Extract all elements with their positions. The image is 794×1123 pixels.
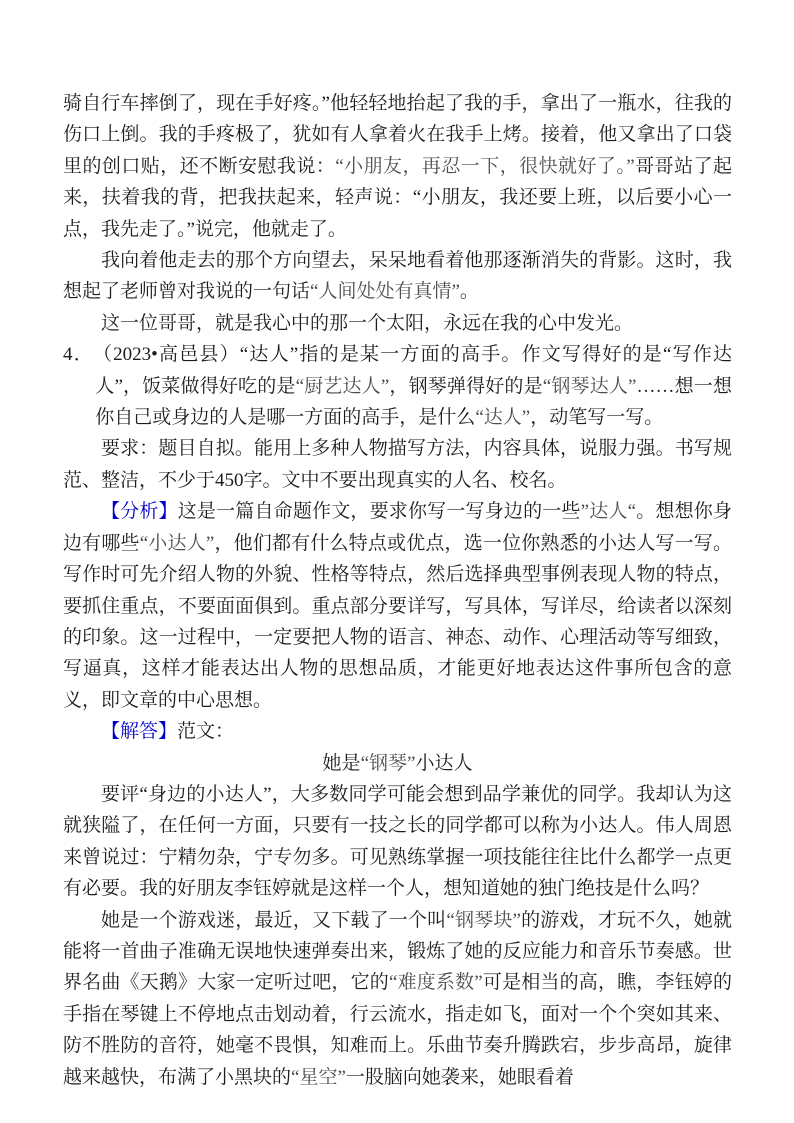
quoted-term: “厨艺达人” (296, 376, 390, 397)
quoted-term: “钢琴达人” (543, 376, 637, 397)
text-run: 一股脑向她袭来，她眼看着 (346, 1067, 574, 1088)
answer-paragraph: 【解答】范文： (63, 716, 732, 747)
essay-paragraph-1: 要评“身边的小达人”，大多数同学可能会想到品学兼优的同学。我却认为这就狭隘了，在… (63, 779, 732, 905)
text-run: 这是一篇自命题作文，要求你写一写身边的一些 (178, 501, 581, 522)
quoted-term: “星空” (291, 1067, 346, 1088)
quoted-term: “人间处处有真情” (310, 281, 460, 302)
question-item: 4．（2023•高邑县）“达人”指的是某一方面的高手。作文写得好的是“写作达人”… (63, 339, 732, 433)
analysis-text: 这是一篇自命题作文，要求你写一写身边的一些”达人“。想想你身边有哪些“小达人”，… (63, 501, 732, 710)
quoted-term: “难度系数” (389, 972, 483, 993)
story-paragraph-reflection: 我向着他走去的那个方向望去，呆呆地看着他那逐渐消失的背影。这时，我想起了老师曾对… (63, 245, 732, 308)
text-run: 小达人 (415, 753, 472, 774)
text-run: ，钢琴弹得好的是 (389, 376, 543, 397)
requirements-paragraph: 要求：题目自拟。能用上多种人物描写方法，内容具体，说服力强。书写规范、整洁，不少… (63, 433, 732, 496)
essay-title: 她是“钢琴”小达人 (63, 748, 732, 779)
question-number: 4． (63, 344, 102, 365)
quoted-term: “小达人” (140, 533, 215, 554)
text-run: 。 (460, 281, 479, 302)
story-paragraph-closing: 这一位哥哥，就是我心中的那一个太阳，永远在我的心中发光。 (63, 308, 732, 339)
analysis-paragraph: 【分析】这是一篇自命题作文，要求你写一写身边的一些”达人“。想想你身边有哪些“小… (63, 496, 732, 716)
quoted-term: “小朋友，再忍一下，很快就好了。” (335, 156, 635, 177)
answer-label: 【解答】 (101, 721, 177, 742)
text-run: 要评“身边的小达人”，大多数同学可能会想到品学兼优的同学。我却认为这就狭隘了，在… (63, 784, 732, 899)
analysis-label: 【分析】 (101, 501, 178, 522)
text-run: 要求：题目自拟。能用上多种人物描写方法，内容具体，说服力强。书写规范、整洁，不少… (63, 438, 732, 490)
quoted-term: “钢琴” (361, 753, 416, 774)
text-run: 这一位哥哥，就是我心中的那一个太阳，永远在我的心中发光。 (101, 313, 633, 334)
document-page: 骑自行车摔倒了，现在手好疼。”他轻轻地抬起了我的手，拿出了一瓶水，往我的伤口上倒… (0, 0, 794, 1123)
text-run: 她是 (323, 753, 361, 774)
story-paragraph-end: 骑自行车摔倒了，现在手好疼。”他轻轻地抬起了我的手，拿出了一瓶水，往我的伤口上倒… (63, 88, 732, 245)
text-run: 她是一个游戏迷，最近，又下载了一个叫 (101, 910, 446, 931)
essay-paragraph-2: 她是一个游戏迷，最近，又下载了一个叫“钢琴块”的游戏，才玩不久，她就能将一首曲子… (63, 905, 732, 1093)
text-run: ，动笔写一写。 (530, 407, 663, 428)
answer-text: 范文： (177, 721, 234, 742)
question-text: （2023•高邑县）“达人”指的是某一方面的高手。作文写得好的是“写作达人”，饭… (95, 344, 732, 428)
quoted-term: ”达人“ (581, 501, 636, 522)
text-run: ，他们都有什么特点或优点，选一位你熟悉的小达人写一写。写作时可先介绍人物的外貌、… (63, 533, 732, 711)
quoted-term: “达人” (475, 407, 530, 428)
quoted-term: “钢琴块” (446, 910, 521, 931)
